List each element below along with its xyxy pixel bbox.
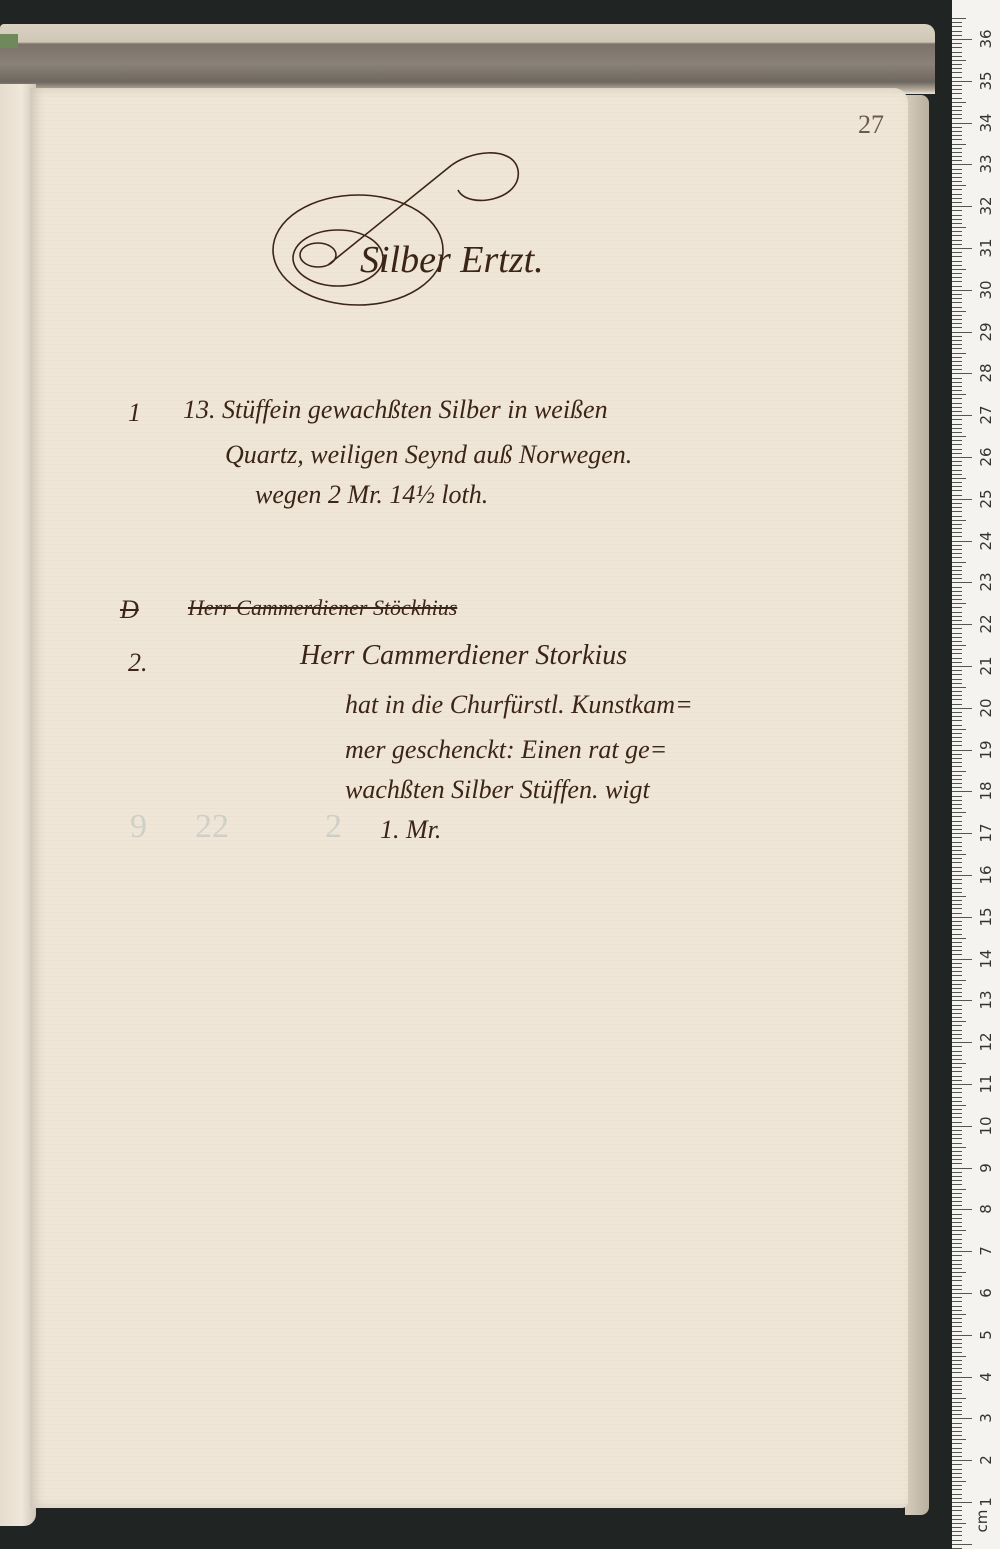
ruler-tick — [952, 273, 962, 274]
ruler-tick — [952, 1226, 962, 1227]
ruler-tick — [952, 599, 962, 600]
ruler-tick — [952, 1326, 962, 1327]
ruler-tick — [952, 470, 962, 471]
ruler-tick — [952, 1067, 962, 1068]
ruler-tick — [952, 373, 972, 374]
ruler-tick — [952, 1005, 962, 1006]
ruler-tick — [952, 490, 962, 491]
ruler-tick — [952, 1034, 962, 1035]
ruler-tick — [952, 1038, 962, 1039]
ruler-tick — [952, 1381, 962, 1382]
ruler-tick — [952, 511, 962, 512]
ruler-tick — [952, 737, 962, 738]
ruler-tick — [952, 72, 962, 73]
bookmark-tab — [0, 34, 18, 48]
ruler-tick — [952, 1515, 962, 1516]
ruler-tick — [952, 1239, 962, 1240]
ruler-label: 3 — [977, 1406, 995, 1430]
ruler-tick — [952, 1460, 972, 1461]
ruler-tick — [952, 545, 962, 546]
ruler-tick — [952, 1017, 962, 1018]
ruler-tick — [952, 896, 966, 897]
ruler-tick — [952, 1510, 962, 1511]
ruler-tick — [952, 720, 962, 721]
ruler-tick — [952, 1130, 962, 1131]
ruler-tick — [952, 954, 962, 955]
ruler-tick — [952, 1126, 972, 1127]
ruler-tick — [952, 825, 962, 826]
ruler-tick — [952, 1276, 962, 1277]
ruler-tick — [952, 1456, 962, 1457]
ruler-tick — [952, 164, 972, 165]
bleed-through-text: 22 — [195, 808, 229, 846]
entry-2-margin-number: 2. — [128, 648, 148, 678]
ruler-tick — [952, 787, 962, 788]
ruler-tick — [952, 1372, 962, 1373]
ruler-tick — [952, 1247, 962, 1248]
ruler-tick — [952, 1092, 962, 1093]
ruler-tick — [952, 474, 962, 475]
ruler-tick — [952, 612, 962, 613]
ruler-tick — [952, 908, 962, 909]
ruler-tick — [952, 206, 972, 207]
ruler-tick — [952, 1410, 962, 1411]
ruler-tick — [952, 963, 962, 964]
ruler-tick — [952, 733, 962, 734]
ruler-tick — [952, 1544, 972, 1545]
ruler-tick — [952, 340, 962, 341]
ruler-tick — [952, 670, 962, 671]
ruler-tick — [952, 411, 962, 412]
ruler-tick — [952, 992, 962, 993]
ruler-tick — [952, 503, 962, 504]
ruler-tick — [952, 1180, 962, 1181]
ruler-tick — [952, 424, 962, 425]
ruler-tick — [952, 942, 962, 943]
ruler-tick — [952, 812, 966, 813]
ruler-tick — [952, 1243, 962, 1244]
ruler-tick — [952, 562, 966, 563]
ruler-tick — [952, 662, 962, 663]
ruler-tick — [952, 1013, 962, 1014]
ruler-tick — [952, 47, 962, 48]
ruler-tick — [952, 281, 962, 282]
ruler-tick — [952, 1009, 962, 1010]
ruler-tick — [952, 1293, 972, 1294]
ruler-tick — [952, 1193, 962, 1194]
ruler-tick — [952, 348, 962, 349]
ruler-tick — [952, 858, 962, 859]
ruler-tick — [952, 1168, 972, 1169]
ruler-tick — [952, 1398, 966, 1399]
ruler-label: 13 — [977, 988, 995, 1012]
ruler-tick — [952, 1143, 962, 1144]
ruler-label: 21 — [977, 654, 995, 678]
ruler-tick — [952, 428, 962, 429]
ruler-tick — [952, 603, 966, 604]
ruler-tick — [952, 578, 962, 579]
ruler-tick — [952, 93, 962, 94]
ruler-tick — [952, 691, 962, 692]
ruler-tick — [952, 1418, 972, 1419]
ruler-tick — [952, 210, 962, 211]
ruler-tick — [952, 833, 972, 834]
entry-2-line-2: hat in die Churfürstl. Kunstkam= — [345, 690, 693, 720]
ruler-tick — [952, 1234, 962, 1235]
ruler-tick — [952, 762, 962, 763]
ruler-tick — [952, 766, 962, 767]
ruler-tick — [952, 758, 962, 759]
ruler-tick — [952, 1502, 972, 1503]
ruler-tick — [952, 495, 962, 496]
ruler-tick — [952, 1030, 962, 1031]
ruler-tick — [952, 1439, 966, 1440]
ruler-tick — [952, 1105, 966, 1106]
ruler-tick — [952, 231, 962, 232]
ruler-tick — [952, 394, 966, 395]
ruler-tick — [952, 1335, 972, 1336]
ruler-tick — [952, 215, 962, 216]
ruler-tick — [952, 1201, 962, 1202]
struck-margin-mark: D — [120, 595, 139, 625]
ruler-tick — [952, 327, 962, 328]
ruler-tick — [952, 549, 962, 550]
ruler-tick — [952, 85, 962, 86]
ruler-tick — [952, 1301, 962, 1302]
ruler-tick — [952, 582, 972, 583]
ruler-tick — [952, 938, 966, 939]
ruler-tick — [952, 265, 962, 266]
ruler-tick — [952, 1498, 962, 1499]
ruler-tick — [952, 1402, 962, 1403]
ruler-tick — [952, 1151, 962, 1152]
bleed-through-text: 2 — [325, 808, 342, 846]
ruler-tick — [952, 56, 962, 57]
ruler-tick — [952, 645, 966, 646]
ruler-tick — [952, 1138, 962, 1139]
ruler-tick — [952, 1163, 962, 1164]
ruler-tick — [952, 607, 962, 608]
ruler-label: 28 — [977, 361, 995, 385]
ruler-tick — [952, 653, 962, 654]
ruler-tick — [952, 900, 962, 901]
ruler-tick — [952, 465, 962, 466]
ruler-tick — [952, 741, 962, 742]
ruler-tick — [952, 1364, 962, 1365]
ruler-tick — [952, 302, 962, 303]
ruler-tick — [952, 507, 962, 508]
ruler-label: 6 — [977, 1281, 995, 1305]
ruler-tick — [952, 244, 962, 245]
ruler-tick — [952, 106, 962, 107]
ruler-tick — [952, 1117, 962, 1118]
ruler-label: 25 — [977, 487, 995, 511]
ruler-tick — [952, 1214, 962, 1215]
ruler-tick — [952, 26, 962, 27]
ruler-tick — [952, 1025, 962, 1026]
ruler-label: 11 — [977, 1072, 995, 1096]
ruler-tick — [952, 169, 962, 170]
ruler-tick — [952, 674, 962, 675]
ruler-tick — [952, 357, 962, 358]
ruler-tick — [952, 1264, 962, 1265]
ruler-tick — [952, 286, 962, 287]
ruler-tick — [952, 52, 962, 53]
ruler-tick — [952, 1318, 962, 1319]
ruler-tick — [952, 290, 972, 291]
ruler-label: 29 — [977, 320, 995, 344]
ruler-tick — [952, 1189, 966, 1190]
cm-ruler: 3635343332313029282726252423222120191817… — [952, 0, 1000, 1549]
ruler-label: 35 — [977, 69, 995, 93]
ruler-tick — [952, 1184, 962, 1185]
ruler-tick — [952, 699, 962, 700]
ruler-tick — [952, 294, 962, 295]
ruler-tick — [952, 453, 962, 454]
ruler-tick — [952, 980, 966, 981]
ruler-tick — [952, 804, 962, 805]
ruler-tick — [952, 687, 966, 688]
ruler-tick — [952, 1481, 966, 1482]
ruler-tick — [952, 298, 962, 299]
ruler-tick — [952, 637, 962, 638]
ruler-tick — [952, 1097, 962, 1098]
ruler-tick — [952, 1088, 962, 1089]
ruler-tick — [952, 846, 962, 847]
ruler-tick — [952, 616, 962, 617]
ruler-tick — [952, 587, 962, 588]
ruler-tick — [952, 344, 962, 345]
ruler-tick — [952, 461, 962, 462]
ruler-label: 5 — [977, 1323, 995, 1347]
ruler-label: 36 — [977, 27, 995, 51]
ruler-tick — [952, 1385, 962, 1386]
ruler-tick — [952, 131, 962, 132]
ruler-tick — [952, 1155, 962, 1156]
ruler-tick — [952, 536, 962, 537]
ruler-tick — [952, 1540, 962, 1541]
ruler-tick — [952, 89, 962, 90]
ruler-tick — [952, 1076, 962, 1077]
ruler-tick — [952, 369, 962, 370]
ruler-tick — [952, 929, 962, 930]
ruler-tick — [952, 695, 962, 696]
ruler-tick — [952, 152, 962, 153]
ruler-tick — [952, 39, 972, 40]
ruler-tick — [952, 127, 962, 128]
ruler-tick — [952, 1523, 966, 1524]
ruler-label: 23 — [977, 570, 995, 594]
ruler-tick — [952, 1280, 962, 1281]
ruler-tick — [952, 1109, 962, 1110]
ruler-tick — [952, 415, 972, 416]
ruler-tick — [952, 1406, 962, 1407]
ruler-tick — [952, 959, 972, 960]
ruler-tick — [952, 771, 966, 772]
ruler-tick — [952, 407, 962, 408]
ruler-tick — [952, 144, 966, 145]
ruler-tick — [952, 1347, 962, 1348]
ruler-tick — [952, 1473, 962, 1474]
ruler-tick — [952, 102, 966, 103]
ruler-tick — [952, 1314, 966, 1315]
ruler-tick — [952, 683, 962, 684]
ruler-tick — [952, 971, 962, 972]
ruler-tick — [952, 160, 962, 161]
ruler-tick — [952, 135, 962, 136]
ruler-tick — [952, 892, 962, 893]
ruler-tick — [952, 879, 962, 880]
ruler-tick — [952, 1159, 962, 1160]
ruler-tick — [952, 68, 962, 69]
ruler-tick — [952, 240, 962, 241]
entry-2-line-5: 1. Mr. — [380, 815, 441, 845]
ruler-tick — [952, 541, 972, 542]
book-top-edge — [0, 24, 935, 94]
ruler-tick — [952, 1494, 962, 1495]
ruler-tick — [952, 110, 962, 111]
page-fore-edge — [905, 95, 929, 1515]
ruler-tick — [952, 189, 962, 190]
ruler-tick — [952, 800, 962, 801]
ruler-tick — [952, 821, 962, 822]
ruler-tick — [952, 156, 962, 157]
ruler-tick — [952, 449, 962, 450]
ruler-tick — [952, 620, 962, 621]
ruler-tick — [952, 750, 972, 751]
folio-number: 27 — [858, 110, 884, 140]
ruler-tick — [952, 658, 962, 659]
ruler-tick — [952, 323, 962, 324]
ruler-label: 27 — [977, 403, 995, 427]
ruler-tick — [952, 829, 962, 830]
ruler-tick — [952, 967, 962, 968]
ruler-tick — [952, 1113, 962, 1114]
ruler-tick — [952, 1260, 962, 1261]
ruler-tick — [952, 704, 962, 705]
ruler-tick — [952, 177, 962, 178]
ruler-tick — [952, 194, 962, 195]
ruler-tick — [952, 336, 962, 337]
ruler-tick — [952, 185, 966, 186]
ruler-tick — [952, 557, 962, 558]
ruler-label: 9 — [977, 1156, 995, 1180]
ruler-tick — [952, 1021, 966, 1022]
ruler-tick — [952, 1435, 962, 1436]
ruler-label: 34 — [977, 111, 995, 135]
ruler-tick — [952, 361, 962, 362]
ruler-label: 4 — [977, 1365, 995, 1389]
ruler-tick — [952, 499, 972, 500]
ruler-tick — [952, 1352, 962, 1353]
entry-2-line-1: Herr Cammerdiener Storkius — [300, 640, 627, 672]
ruler-tick — [952, 1431, 962, 1432]
ruler-tick — [952, 432, 962, 433]
ruler-tick — [952, 403, 962, 404]
ruler-tick — [952, 566, 962, 567]
ruler-tick — [952, 1059, 962, 1060]
ruler-label: 10 — [977, 1114, 995, 1138]
ruler-label: 14 — [977, 947, 995, 971]
ruler-tick — [952, 1393, 962, 1394]
ruler-tick — [952, 1289, 962, 1290]
flourished-initial-s — [268, 140, 528, 310]
ruler-tick — [952, 888, 962, 889]
ruler-tick — [952, 219, 962, 220]
ruler-tick — [952, 227, 966, 228]
ruler-tick — [952, 1489, 962, 1490]
ruler-tick — [952, 248, 972, 249]
entry-1-margin-number: 1 — [128, 398, 141, 428]
ruler-tick — [952, 482, 962, 483]
ruler-tick — [952, 43, 962, 44]
ruler-tick — [952, 679, 962, 680]
ruler-tick — [952, 1272, 966, 1273]
ruler-tick — [952, 867, 962, 868]
ruler-tick — [952, 173, 962, 174]
ruler-tick — [952, 235, 962, 236]
ruler-tick — [952, 261, 962, 262]
ruler-tick — [952, 18, 966, 19]
ruler-tick — [952, 1506, 962, 1507]
ruler-tick — [952, 988, 962, 989]
ruler-tick — [952, 148, 962, 149]
ruler-tick — [952, 1222, 962, 1223]
ruler-tick — [952, 837, 962, 838]
ruler-label: 12 — [977, 1030, 995, 1054]
ruler-tick — [952, 1519, 962, 1520]
ruler-label: 7 — [977, 1239, 995, 1263]
ruler-label: 22 — [977, 612, 995, 636]
ruler-tick — [952, 1427, 962, 1428]
ruler-tick — [952, 1055, 962, 1056]
ruler-tick — [952, 1000, 972, 1001]
ruler-tick — [952, 850, 962, 851]
entry-1-line-3: wegen 2 Mr. 14½ loth. — [255, 480, 488, 510]
ruler-tick — [952, 123, 972, 124]
ruler-tick — [952, 1285, 962, 1286]
entry-1-line-1: 13. Stüffein gewachßten Silber in weißen — [183, 395, 608, 425]
ruler-tick — [952, 81, 972, 82]
ruler-label: 33 — [977, 152, 995, 176]
ruler-tick — [952, 1356, 966, 1357]
ruler-tick — [952, 1209, 972, 1210]
ruler-label: 26 — [977, 445, 995, 469]
ruler-tick — [952, 118, 962, 119]
ruler-tick — [952, 202, 962, 203]
ruler-label: 19 — [977, 738, 995, 762]
ruler-tick — [952, 1297, 962, 1298]
ruler-tick — [952, 315, 962, 316]
ruler-tick — [952, 1051, 962, 1052]
ruler-tick — [952, 1268, 962, 1269]
ruler-tick — [952, 854, 966, 855]
ruler-tick — [952, 1084, 972, 1085]
ruler-tick — [952, 1452, 962, 1453]
ruler-tick — [952, 516, 962, 517]
ruler-tick — [952, 984, 962, 985]
ruler-tick — [952, 436, 966, 437]
ruler-tick — [952, 1251, 972, 1252]
ruler-tick — [952, 1527, 962, 1528]
ruler-tick — [952, 1218, 962, 1219]
ruler-tick — [952, 1046, 962, 1047]
ruler-tick — [952, 1205, 962, 1206]
ruler-tick — [952, 1322, 962, 1323]
struck-heading: Herr Cammerdiener Stöckhius — [188, 595, 457, 621]
ruler-tick — [952, 64, 962, 65]
ruler-tick — [952, 1360, 962, 1361]
